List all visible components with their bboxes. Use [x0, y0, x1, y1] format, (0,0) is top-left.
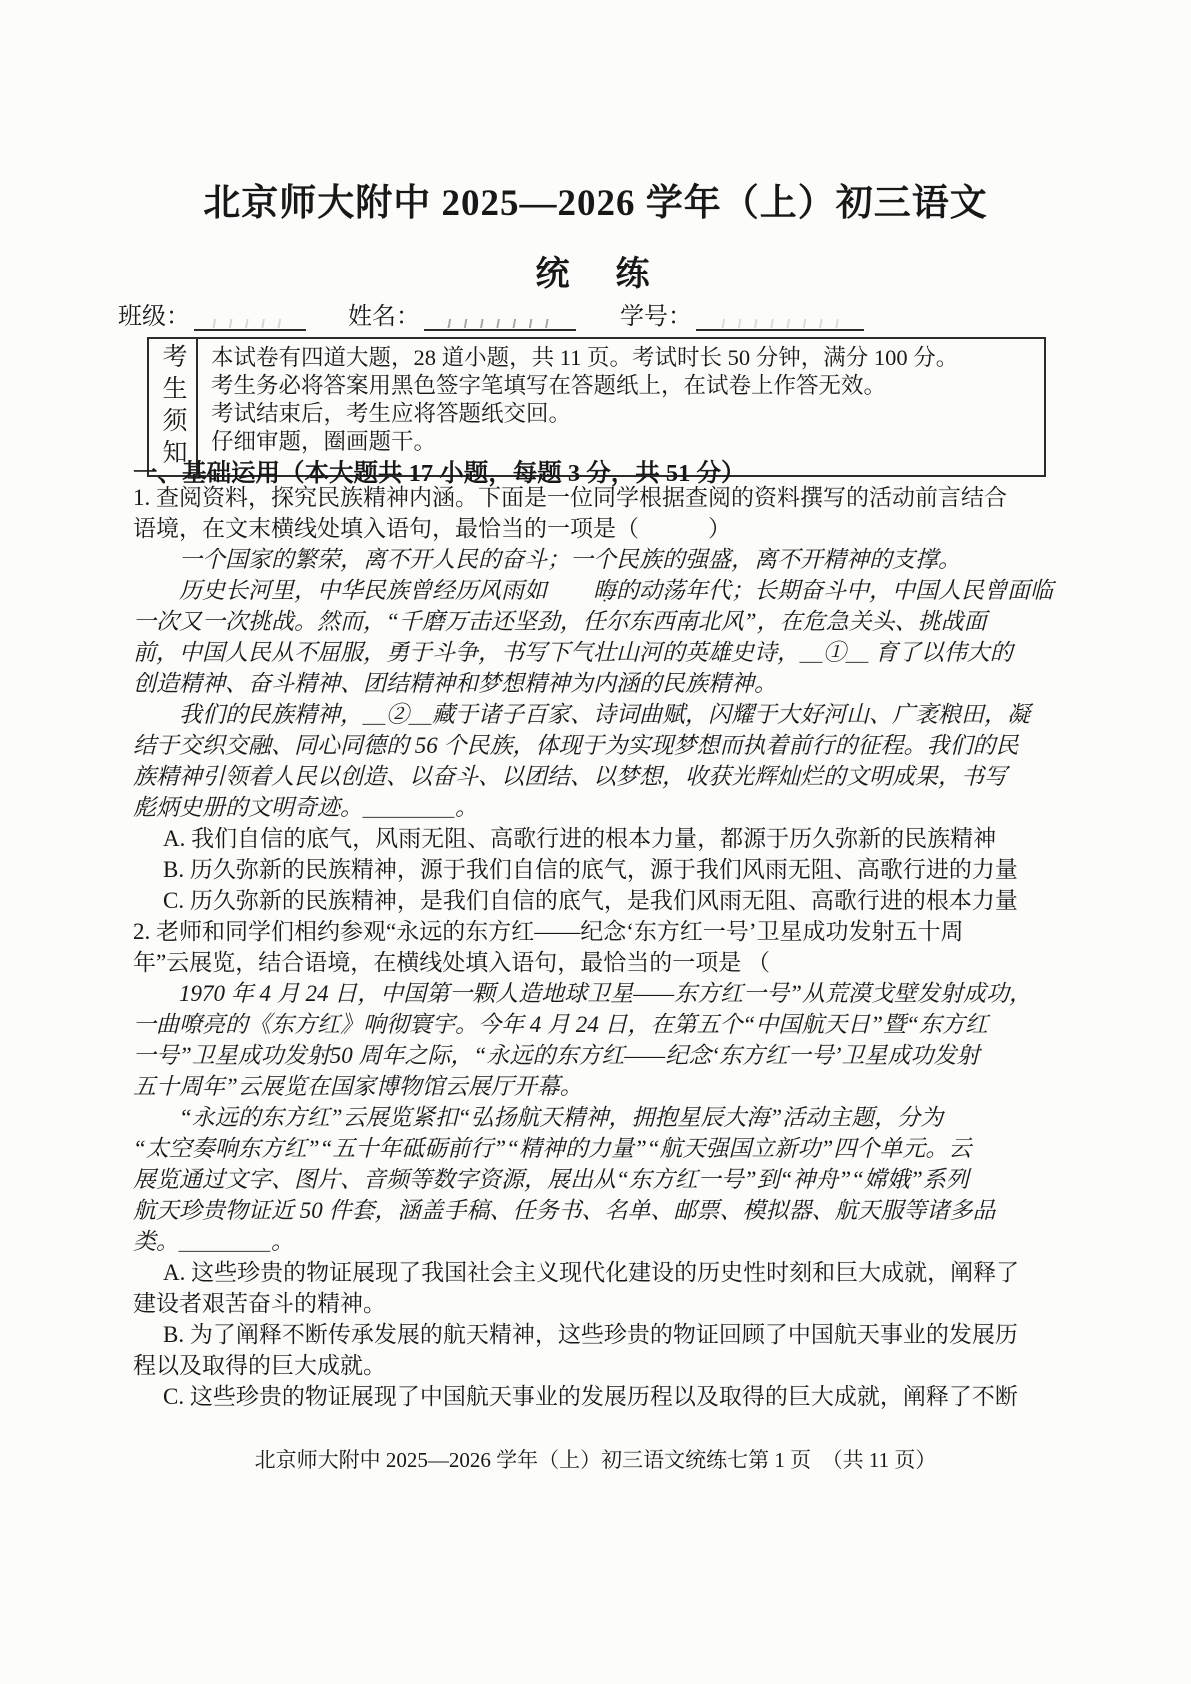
question-1-option-b: B. 历久弥新的民族精神，源于我们自信的底气，源于我们风雨无阻、高歌行进的力量 [133, 854, 1063, 885]
question-2-passage-line: 一号”卫星成功发射50 周年之际，“永远的东方红——纪念‘东方红一号’卫星成功发… [133, 1040, 1063, 1071]
question-2-passage-line: 展览通过文字、图片、音频等数字资源，展出从“东方红一号”到“神舟”“嫦娥”系列 [133, 1164, 1063, 1195]
question-2-passage-line: 五十周年”云展览在国家博物馆云展厅开幕。 [133, 1071, 1063, 1102]
question-2-option-a: A. 这些珍贵的物证展现了我国社会主义现代化建设的历史性时刻和巨大成就，阐释了 [133, 1257, 1063, 1288]
question-1-option-c: C. 历久弥新的民族精神，是我们自信的底气，是我们风雨无阻、高歌行进的根本力量 [133, 885, 1063, 916]
exam-page: 北京师大附中 2025—2026 学年（上）初三语文 统 练 班级：姓名：学号：… [0, 0, 1191, 1684]
question-1-passage-line: 族精神引领着人民以创造、以奋斗、以团结、以梦想，收获光辉灿烂的文明成果，书写 [133, 761, 1063, 792]
question-1-passage-line-blank-2: 我们的民族精神，＿②＿藏于诸子百家、诗词曲赋，闪耀于大好河山、广袤粮田，凝 [133, 699, 1063, 730]
question-1-stem-line: 1. 查阅资料，探究民族精神内涵。下面是一位同学根据查阅的资料撰写的活动前言结合 [133, 482, 1063, 513]
exam-body: 1. 查阅资料，探究民族精神内涵。下面是一位同学根据查阅的资料撰写的活动前言结合… [133, 482, 1063, 1412]
id-blank [696, 303, 864, 331]
notice-side-text: 考生须知 [160, 343, 185, 471]
id-label: 学号： [620, 296, 692, 331]
question-1-stem-line: 语境，在文末横线处填入语句，最恰当的一项是（ ） [133, 513, 1063, 544]
question-2-option-c: C. 这些珍贵的物证展现了中国航天事业的发展历程以及取得的巨大成就，阐释了不断 [133, 1381, 1063, 1412]
notice-line: 考生务必将答案用黑色签字笔填写在答题纸上，在试卷上作答无效。 [211, 372, 1036, 400]
question-2-stem-line: 2. 老师和同学们相约参观“永远的东方红——纪念‘东方红一号’卫星成功发射五十周 [133, 916, 1063, 947]
question-2-passage-line-final-blank: 类。＿＿＿＿。 [133, 1226, 1063, 1257]
page-title: 北京师大附中 2025—2026 学年（上）初三语文 [0, 172, 1191, 226]
question-1-passage-line: 一个国家的繁荣，离不开人民的奋斗；一个民族的强盛，离不开精神的支撑。 [133, 544, 1063, 575]
question-2-passage-line: 航天珍贵物证近 50 件套，涵盖手稿、任务书、名单、邮票、模拟器、航天服等诸多品 [133, 1195, 1063, 1226]
question-2-passage-line: “永远的东方红”云展览紧扣“弘扬航天精神，拥抱星辰大海”活动主题，分为 [133, 1102, 1063, 1133]
notice-line: 本试卷有四道大题，28 道小题，共 11 页。考试时长 50 分钟，满分 100… [211, 344, 1036, 372]
question-2-passage-line: “太空奏响东方红”“五十年砥砺前行”“精神的力量”“航天强国立新功”四个单元。云 [133, 1133, 1063, 1164]
question-1-passage-line: 创造精神、奋斗精神、团结精神和梦想精神为内涵的民族精神。 [133, 668, 1063, 699]
emphasized-character: 晦 [547, 575, 616, 606]
passage-text: 的动荡年代；长期奋斗中，中国人民曾面临 [616, 578, 1053, 603]
question-2-passage-line: 1970 年 4 月 24 日，中国第一颗人造地球卫星——东方红一号”从荒漠戈壁… [133, 978, 1063, 1009]
name-label: 姓名： [348, 296, 420, 331]
class-label: 班级： [118, 296, 190, 331]
question-1-passage-line-final-blank: 彪炳史册的文明奇迹。＿＿＿＿。 [133, 792, 1063, 823]
question-2-stem-line: 年”云展览，结合语境，在横线处填入语句，最恰当的一项是 （ [133, 947, 1063, 978]
name-blank [424, 303, 576, 331]
notice-line: 仔细审题，圈画题干。 [211, 428, 1036, 456]
question-1-passage-line-blank-1: 前，中国人民从不屈服，勇于斗争，书写下气壮山河的英雄史诗，＿①＿ 育了以伟大的 [133, 637, 1063, 668]
question-1-passage-line-emphasis: 历史长河里，中华民族曾经历风雨如晦的动荡年代；长期奋斗中，中国人民曾面临 [133, 575, 1063, 606]
exam-subtitle: 统 练 [0, 246, 1191, 295]
question-2-option-b: B. 为了阐释不断传承发展的航天精神，这些珍贵的物证回顾了中国航天事业的发展历 [133, 1319, 1063, 1350]
question-1-passage-line: 结于交织交融、同心同德的 56 个民族，体现于为实现梦想而执着前行的征程。我们的… [133, 730, 1063, 761]
question-1-option-a: A. 我们自信的底气，风雨无阻、高歌行进的根本力量，都源于历久弥新的民族精神 [133, 823, 1063, 854]
page-footer: 北京师大附中 2025—2026 学年（上）初三语文统练七第 1 页 （共 11… [0, 1444, 1191, 1474]
student-info-row: 班级：姓名：学号： [118, 296, 868, 331]
question-2-option-b-continued: 程以及取得的巨大成就。 [133, 1350, 1063, 1381]
class-blank [194, 303, 306, 331]
passage-text: 历史长河里，中华民族曾经历风雨如 [179, 578, 547, 603]
question-2-option-a-continued: 建设者艰苦奋斗的精神。 [133, 1288, 1063, 1319]
question-2-passage-line: 一曲嘹亮的《东方红》响彻寰宇。今年 4 月 24 日，在第五个“中国航天日”暨“… [133, 1009, 1063, 1040]
notice-line: 考试结束后，考生应将答题纸交回。 [211, 400, 1036, 428]
